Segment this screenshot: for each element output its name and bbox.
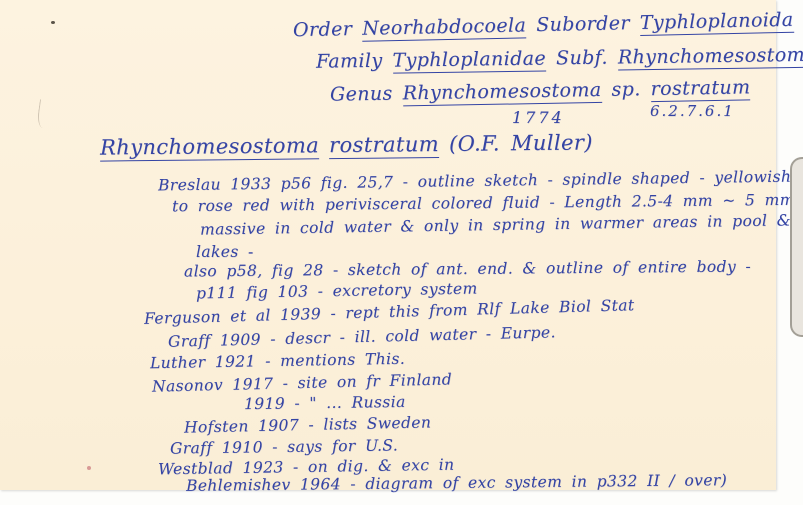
index-card: OrderNeorhabdocoelaSuborderTyphloplanoid… [0, 0, 776, 490]
title-author: (O.F. Muller) [449, 130, 593, 156]
note-line-breslau-2: to rose red with perivisceral colored fl… [172, 191, 803, 216]
author-year: 1774 [512, 108, 565, 127]
note-line-breslau-6: p111 fig 103 - excretory system [196, 280, 478, 303]
family-value: Typhloplanidae [392, 47, 546, 73]
title-species: rostratum [329, 132, 439, 159]
note-line-breslau-3: massive in cold water & only in spring i… [200, 211, 791, 238]
ink-speck [51, 21, 55, 24]
order-label: Order [293, 18, 353, 41]
note-line-nasonov: Nasonov 1917 - site on fr Finland [152, 370, 453, 395]
note-line-breslau-1: Breslau 1933 p56 fig. 25,7 - outline ske… [158, 168, 792, 195]
note-line-luther: Luther 1921 - mentions This. [150, 350, 405, 372]
note-line-graff-1910: Graff 1910 - says for U.S. [170, 436, 398, 457]
taxonomy-order-line: OrderNeorhabdocoelaSuborderTyphloplanoid… [293, 9, 794, 41]
subfamily-label: Subf. [556, 47, 608, 70]
order-value: Neorhabdocoela [362, 14, 527, 41]
suborder-value: Typhloplanoida [640, 9, 794, 36]
scanned-document: OrderNeorhabdocoelaSuborderTyphloplanoid… [0, 0, 803, 505]
pink-speck [87, 466, 91, 470]
taxonomy-family-line: FamilyTyphloplanidaeSubf.Rhynchomesostom… [316, 43, 803, 72]
species-abbrev-label: sp. [611, 78, 641, 101]
note-line-graff-1909: Graff 1909 - descr - ill. cold water - E… [168, 323, 556, 350]
note-line-breslau-4: lakes - [196, 243, 254, 261]
adjacent-card-edge [790, 157, 803, 337]
catalog-code: 6.2.7.6.1 [650, 102, 735, 120]
pen-scratch-mark [36, 99, 51, 128]
note-line-breslau-5: also p58, fig 28 - sketch of ant. end. &… [184, 258, 751, 281]
family-label: Family [316, 50, 383, 73]
genus-value: Rhynchomesostoma [402, 79, 601, 106]
genus-label: Genus [330, 83, 393, 106]
species-title: Rhynchomesostomarostratum(O.F. Muller) [100, 130, 593, 159]
species-value: rostratum [650, 76, 750, 102]
note-line-nasonov-1919: 1919 - " ... Russia [244, 393, 406, 413]
title-genus: Rhynchomesostoma [100, 133, 319, 161]
subfamily-value: Rhynchomesostominae [618, 43, 803, 70]
suborder-label: Suborder [536, 12, 630, 36]
note-line-hofsten: Hofsten 1907 - lists Sweden [184, 413, 432, 436]
